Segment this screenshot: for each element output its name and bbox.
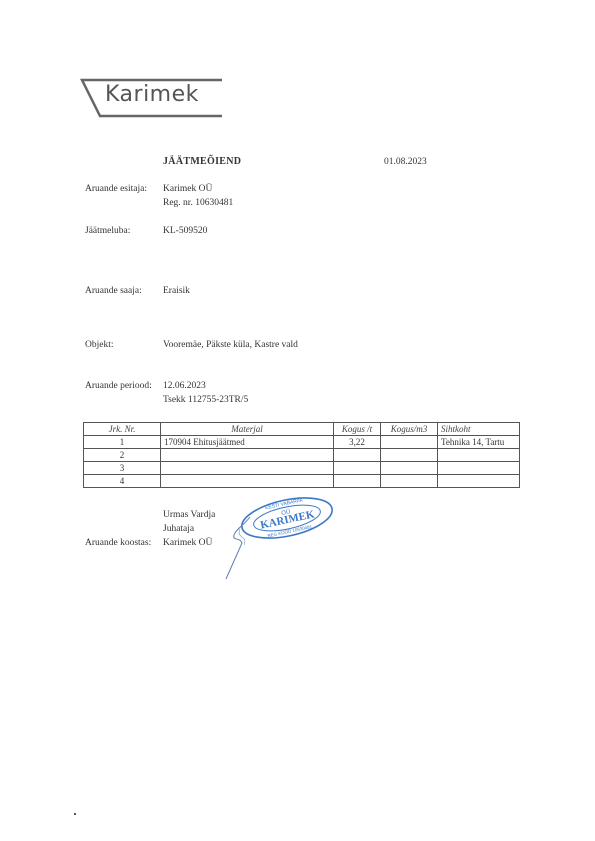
cell-quantity-t xyxy=(334,462,381,475)
cell-row-number: 1 xyxy=(84,436,161,449)
cell-row-number: 2 xyxy=(84,449,161,462)
signer-position: Juhataja xyxy=(163,524,194,534)
object-value: Vooremäe, Päkste küla, Kastre vald xyxy=(163,340,298,350)
header-destination: Sihtkoht xyxy=(438,423,520,436)
submitter-label: Aruande esitaja: xyxy=(85,184,147,194)
recipient-value: Eraisik xyxy=(163,286,190,296)
header-quantity-m3: Kogus/m3 xyxy=(381,423,438,436)
receipt-value: Tsekk 112755-23TR/5 xyxy=(163,395,248,405)
logo-text: Karimek xyxy=(105,82,199,107)
recipient-label: Aruande saaja: xyxy=(85,286,142,296)
cell-material xyxy=(161,475,334,488)
permit-label: Jäätmeluba: xyxy=(85,226,130,236)
table-row: 3 xyxy=(84,462,520,475)
signature-icon xyxy=(222,515,262,585)
cell-row-number: 4 xyxy=(84,475,161,488)
table-header-row: Jrk. Nr. Materjal Kogus /t Kogus/m3 Siht… xyxy=(84,423,520,436)
cell-quantity-m3 xyxy=(381,462,438,475)
signature-scribble xyxy=(222,515,262,588)
cell-destination xyxy=(438,462,520,475)
header-row-number: Jrk. Nr. xyxy=(84,423,161,436)
document-title: JÄÄTMEÕIEND xyxy=(163,156,241,167)
cell-quantity-m3 xyxy=(381,475,438,488)
scan-speck xyxy=(74,813,76,815)
compiled-label: Aruande koostas: xyxy=(85,538,151,548)
signer-name: Urmas Vardja xyxy=(163,510,215,520)
cell-material xyxy=(161,462,334,475)
cell-destination xyxy=(438,475,520,488)
object-label: Objekt: xyxy=(85,340,114,350)
header-material: Materjal xyxy=(161,423,334,436)
document-date: 01.08.2023 xyxy=(384,157,427,167)
company-logo: Karimek xyxy=(80,78,230,120)
table-row: 4 xyxy=(84,475,520,488)
cell-quantity-m3 xyxy=(381,449,438,462)
cell-quantity-t xyxy=(334,449,381,462)
cell-material: 170904 Ehitusjäätmed xyxy=(161,436,334,449)
cell-row-number: 3 xyxy=(84,462,161,475)
stamp-top-text: EESTI VABARIIK xyxy=(265,497,305,511)
waste-table: Jrk. Nr. Materjal Kogus /t Kogus/m3 Siht… xyxy=(83,422,520,488)
submitter-reg: Reg. nr. 10630481 xyxy=(163,198,233,208)
period-label: Aruande periood: xyxy=(85,381,152,391)
period-value: 12.06.2023 xyxy=(163,381,206,391)
cell-quantity-t: 3,22 xyxy=(334,436,381,449)
header-quantity-t: Kogus /t xyxy=(334,423,381,436)
permit-value: KL-509520 xyxy=(163,226,207,236)
submitter-name: Karimek OÜ xyxy=(163,184,212,194)
cell-destination xyxy=(438,449,520,462)
compiled-value: Karimek OÜ xyxy=(163,538,212,548)
cell-quantity-m3 xyxy=(381,436,438,449)
cell-destination: Tehnika 14, Tartu xyxy=(438,436,520,449)
table-row: 1170904 Ehitusjäätmed3,22Tehnika 14, Tar… xyxy=(84,436,520,449)
table-row: 2 xyxy=(84,449,520,462)
cell-material xyxy=(161,449,334,462)
cell-quantity-t xyxy=(334,475,381,488)
